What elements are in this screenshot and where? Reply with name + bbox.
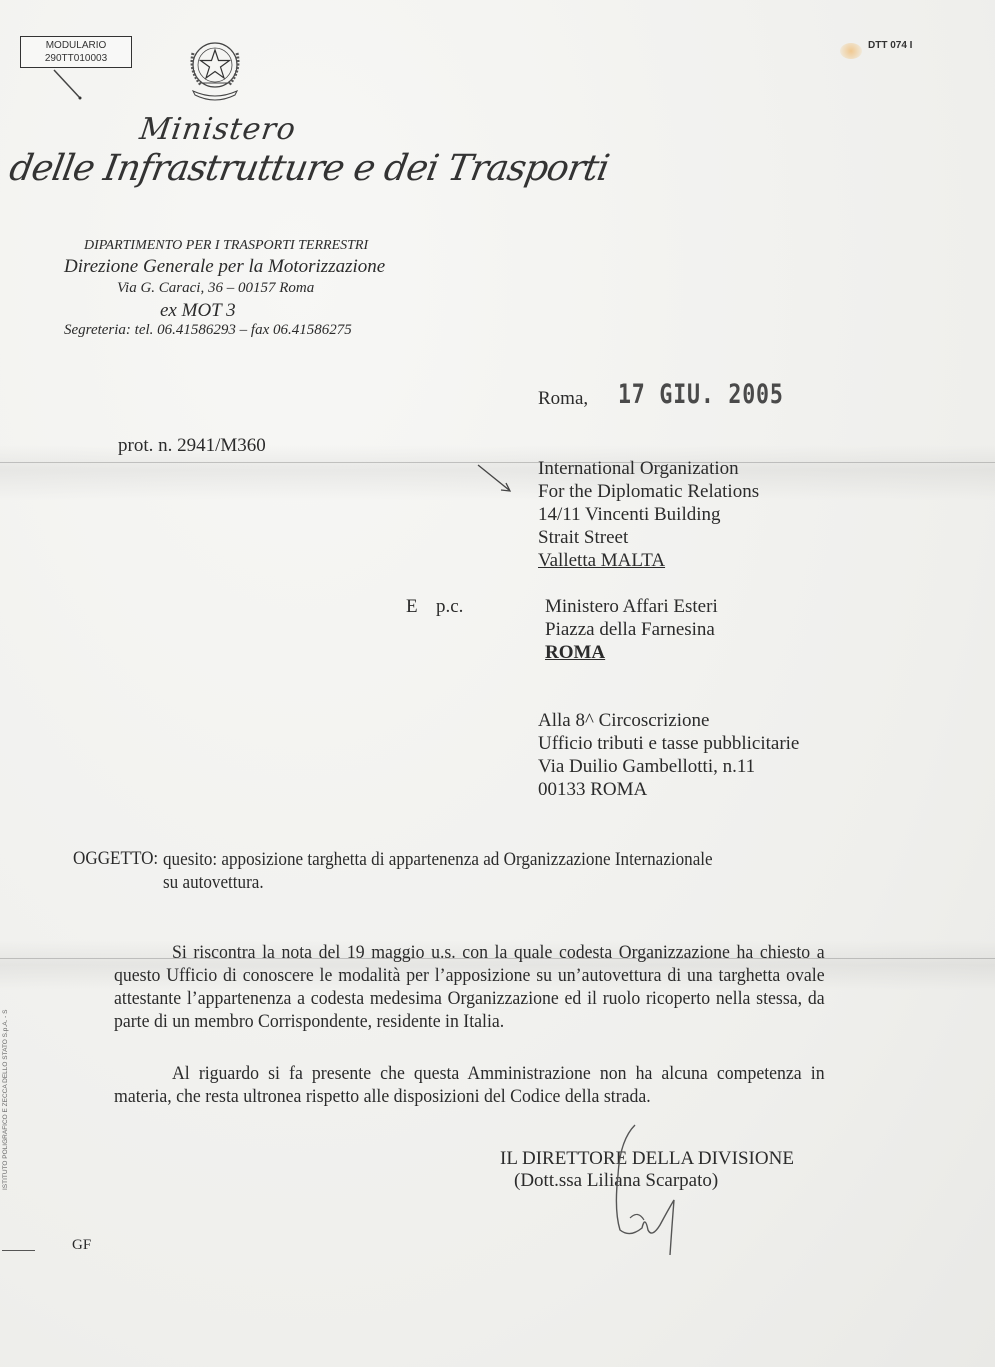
pen-mark-icon <box>52 68 84 102</box>
subject-text: quesito: apposizione targhetta di appart… <box>163 848 793 894</box>
paper-stain <box>840 43 862 59</box>
margin-dash <box>2 1250 35 1251</box>
recipient-city: ROMA <box>545 641 718 664</box>
recipient-line: For the Diplomatic Relations <box>538 480 759 503</box>
date-stamp: 17 GIU. 2005 <box>618 379 784 410</box>
recipient-line: Piazza della Farnesina <box>545 618 718 641</box>
arrow-icon <box>475 462 515 496</box>
protocol-number: prot. n. 2941/M360 <box>118 435 266 457</box>
date-place: Roma, <box>538 388 588 410</box>
recipient-line: Via Duilio Gambellotti, n.11 <box>538 755 799 778</box>
recipient-line: Alla 8^ Circoscrizione <box>538 709 799 732</box>
office-address: Via G. Caraci, 36 – 00157 Roma <box>117 280 314 297</box>
body-paragraph: Al riguardo si fa presente che questa Am… <box>114 1062 825 1108</box>
recipient-line: 00133 ROMA <box>538 778 799 801</box>
ministry-title: Ministero <box>138 112 299 147</box>
recipient-line: Ufficio tributi e tasse pubblicitarie <box>538 732 799 755</box>
modulario-label: MODULARIO <box>21 39 131 52</box>
body-paragraph: Si riscontra la nota del 19 maggio u.s. … <box>114 941 825 1033</box>
directorate: Direzione Generale per la Motorizzazione <box>64 256 385 278</box>
ministry-subtitle: delle Infrastrutture e dei Trasporti <box>6 148 611 189</box>
form-code: DTT 074 I <box>868 40 912 51</box>
cc-label-pc: p.c. <box>436 596 463 618</box>
office-contacts: Segreteria: tel. 06.41586293 – fax 06.41… <box>64 322 352 339</box>
subject-line: quesito: apposizione targhetta di appart… <box>163 848 793 871</box>
cc-label-e: E <box>406 596 418 618</box>
recipient-city: Valletta MALTA <box>538 549 759 572</box>
recipient-line: International Organization <box>538 457 759 480</box>
republic-emblem-icon <box>183 33 247 103</box>
department: DIPARTIMENTO PER I TRASPORTI TERRESTRI <box>84 238 368 254</box>
recipient-cc2: Alla 8^ Circoscrizione Ufficio tributi e… <box>538 709 799 801</box>
modulario-code: 290TT010003 <box>21 52 131 65</box>
typist-initials: GF <box>72 1237 91 1254</box>
handwritten-signature-icon <box>590 1120 690 1260</box>
subject-label: OGGETTO: <box>73 848 158 870</box>
paper-background <box>0 0 995 1367</box>
recipient-line: Strait Street <box>538 526 759 549</box>
office-unit: ex MOT 3 <box>160 300 236 322</box>
recipient-line: Ministero Affari Esteri <box>545 595 718 618</box>
printer-imprint: ISTITUTO POLIGRAFICO E ZECCA DELLO STATO… <box>2 1010 9 1190</box>
recipient-primary: International Organization For the Diplo… <box>538 457 759 572</box>
recipient-cc1: Ministero Affari Esteri Piazza della Far… <box>545 595 718 664</box>
recipient-line: 14/11 Vincenti Building <box>538 503 759 526</box>
modulario-box: MODULARIO 290TT010003 <box>20 36 132 68</box>
subject-line: su autovettura. <box>163 871 793 894</box>
